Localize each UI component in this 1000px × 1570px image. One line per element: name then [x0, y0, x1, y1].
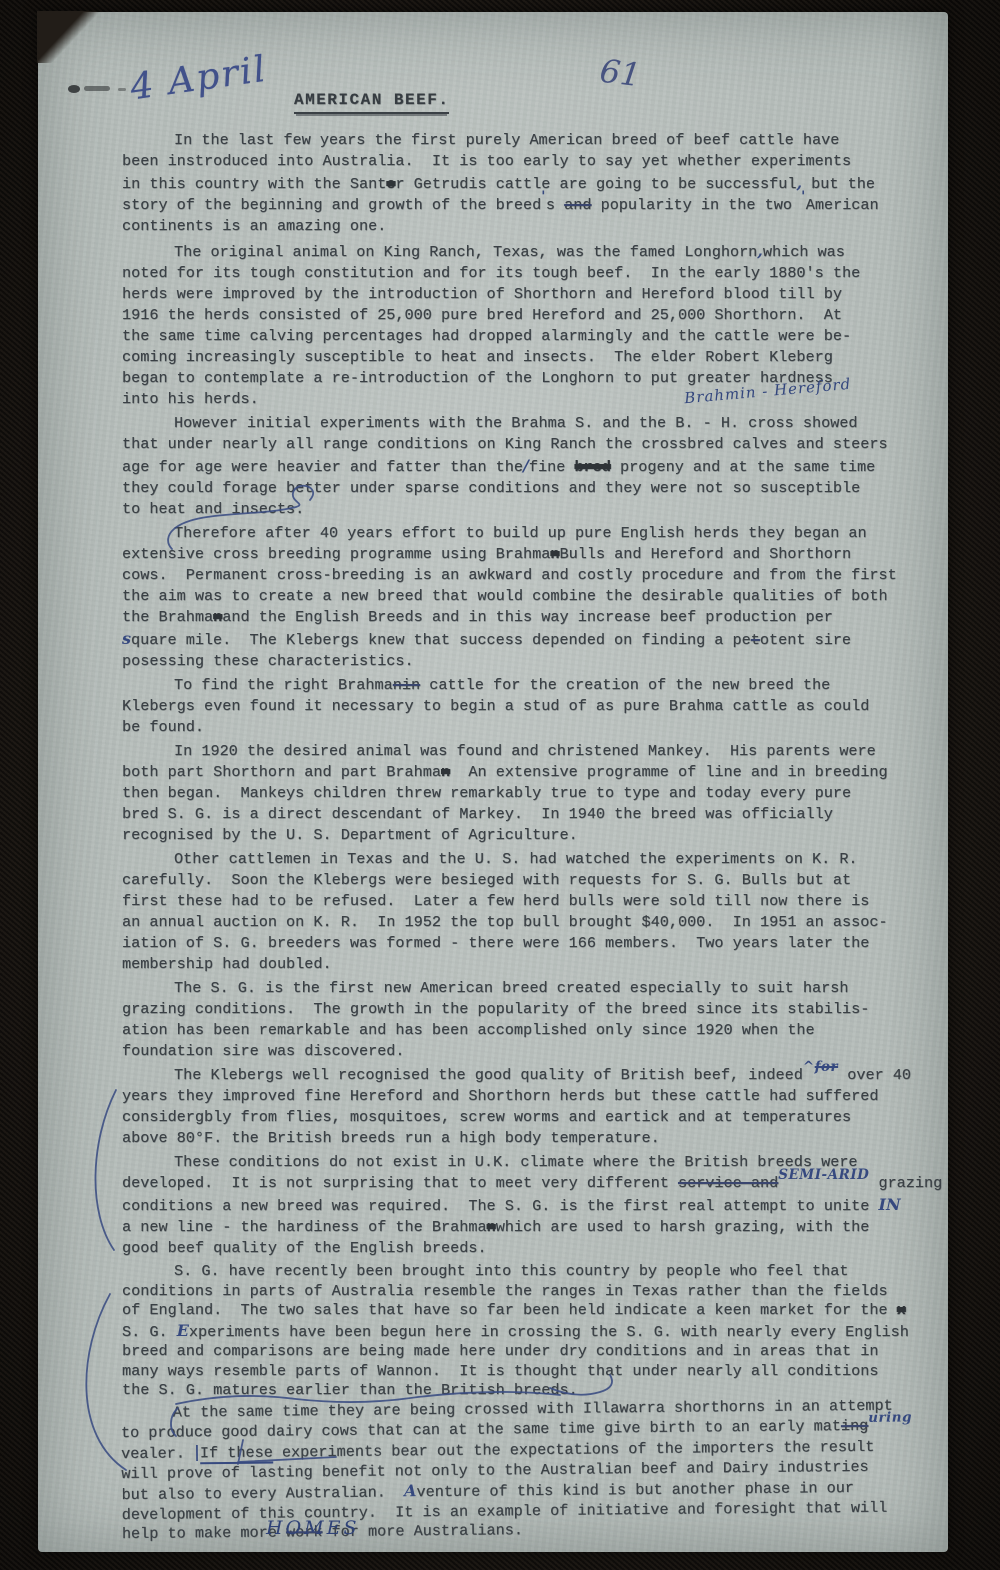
text-line: in this country with the Santer Getrudis… [122, 172, 954, 195]
handwritten-text: SEMI-ARID [778, 1167, 869, 1183]
typed-text: vealer. [121, 1444, 194, 1463]
typed-text: S. G. have recently been brought into th… [174, 1262, 848, 1280]
text-line: cows. Permanent cross-breeding is an awk… [122, 565, 954, 586]
typewritten-body: In the last few years the first purely A… [122, 130, 954, 1547]
paragraph: However initial experiments with the Bra… [122, 413, 954, 520]
text-line: age for age were heavier and fatter than… [122, 455, 954, 478]
typed-text: An extensive programme of line and in br… [450, 763, 887, 781]
typed-text: grazing [869, 1174, 942, 1192]
overtyped-text: x [897, 1301, 906, 1319]
overtyped-text: n [487, 1218, 496, 1236]
typed-text: foundation sire was discovered. [122, 1042, 405, 1060]
typed-text: r Getrudis cattle are going to be succes… [395, 175, 796, 193]
text-line: herds were improved by the introduction … [122, 284, 954, 305]
handwritten-text: A [404, 1481, 417, 1500]
typed-text: considergbly from flies, mosquitoes, scr… [122, 1108, 851, 1126]
text-line: good beef quality of the English breeds. [122, 1238, 954, 1259]
typed-text: venture of this kind is but another phas… [416, 1478, 854, 1500]
text-line: developed. It is not surprising that to … [122, 1173, 954, 1194]
text-line: considergbly from flies, mosquitoes, scr… [122, 1107, 954, 1128]
typed-text: In 1920 the desired animal was found and… [174, 742, 876, 760]
typed-text: of England. The two sales that have so f… [122, 1301, 897, 1319]
handwritten-text: ^ [803, 1059, 815, 1075]
typed-text: developed. It is not surprising that to … [122, 1174, 678, 1192]
text-line: then began. Mankeys children threw remar… [122, 783, 954, 804]
text-line: grazing conditions. The growth in the po… [122, 999, 954, 1020]
text-line: The S. G. is the first new American bree… [122, 978, 954, 999]
text-line: However initial experiments with the Bra… [122, 413, 954, 434]
text-line: posessing these characteristics. [122, 651, 954, 672]
text-line: To find the right Brahmanin cattle for t… [122, 675, 954, 696]
typed-text: S. G. [122, 1323, 177, 1341]
typed-text: otent sire [760, 631, 851, 649]
text-line: conditions in parts of Australia resembl… [122, 1282, 954, 1302]
paragraph: In the last few years the first purely A… [122, 130, 954, 237]
paragraph: The Klebergs well recognised the good qu… [122, 1065, 954, 1149]
text-line: The original animal on King Ranch, Texas… [122, 240, 954, 263]
typed-text: bred S. G. is a direct descendant of Mar… [122, 805, 833, 823]
typed-text: However initial experiments with the Bra… [174, 414, 858, 432]
document-paper: 4 April AMERICAN BEEF. 61 In the last fe… [38, 12, 948, 1552]
text-line: noted for its tough constitution and for… [122, 263, 954, 284]
text-line: of England. The two sales that have so f… [122, 1301, 954, 1321]
typed-text: the aim was to create a new breed that w… [122, 587, 888, 605]
handwritten-struck-text: for [815, 1059, 838, 1075]
paragraph: To find the right Brahmanin cattle for t… [122, 675, 954, 738]
ink-smudge [68, 85, 126, 93]
typed-text: a new line - the hardiness of the Brahma [122, 1218, 487, 1236]
typed-text: grazing conditions. The growth in the po… [122, 1000, 869, 1018]
typed-text: progeny and at the same time [611, 458, 875, 476]
typed-text: quare mile. The Klebergs knew that succe… [131, 631, 751, 649]
text-line: first these had to be refused. Later a f… [122, 891, 954, 912]
text-line: The Klebergs well recognised the good qu… [122, 1065, 954, 1086]
text-line: the same time calving percentages had dr… [122, 326, 954, 347]
typed-text: the Brahma [122, 608, 213, 626]
text-line: a new line - the hardiness of the Brahma… [122, 1217, 954, 1238]
typed-text: but also to every Australian. [121, 1483, 404, 1504]
typed-text: Klebergs even found it necessary to begi… [122, 697, 869, 715]
handwritten-date-annotation: 4 April [128, 51, 270, 108]
paragraph: The S. G. is the first new American bree… [122, 978, 954, 1062]
paragraph: These conditions do not exist in U.K. cl… [122, 1152, 954, 1259]
typed-text: xperiments have been begun here in cross… [189, 1323, 909, 1341]
typed-text: age for age were heavier and fatter than… [122, 458, 523, 476]
page-title: AMERICAN BEEF. [294, 90, 449, 114]
typed-text: an annual auction on K. R. In 1952 the t… [122, 913, 888, 931]
handwritten-text: IN [878, 1195, 900, 1214]
text-line: that under nearly all range conditions o… [122, 434, 954, 455]
text-line: above 80°F. the British breeds run a hig… [122, 1128, 954, 1149]
typed-text: cows. Permanent cross-breeding is an awk… [122, 566, 897, 584]
text-line: Therefore after 40 years effort to build… [122, 523, 954, 544]
typed-text: posessing these characteristics. [122, 652, 414, 670]
text-line: both part Shorthorn and part Brahman An … [122, 762, 954, 783]
photo-of-document: { "colors": { "paper": "#b5bcb9", "type_… [0, 0, 1000, 1570]
pen-underlined-text: If these [200, 1443, 273, 1464]
typed-text: conditions in parts of Australia resembl… [122, 1282, 888, 1300]
typed-text: noted for its tough constitution and for… [122, 264, 860, 282]
text-line: the aim was to create a new breed that w… [122, 586, 954, 607]
typed-text: many ways resemble parts of Wannon. It i… [122, 1362, 878, 1380]
text-line: Klebergs even found it necessary to begi… [122, 696, 954, 717]
text-line: breed and comparisons are being made her… [122, 1342, 954, 1362]
pen-struck-text: service and [678, 1174, 778, 1192]
paragraph: In 1920 the desired animal was found and… [122, 741, 954, 846]
typed-text: membership had doubled. [122, 955, 332, 973]
pen-brace-upper [95, 1090, 116, 1250]
text-line: coming increasingly susceptible to heat … [122, 347, 954, 368]
typed-text: story of the beginning and growth of the… [122, 196, 541, 214]
typed-text: These conditions do not exist in U.K. cl… [174, 1153, 858, 1171]
pen-struck-text: ing [841, 1416, 869, 1434]
text-line: years they improved fine Hereford and Sh… [122, 1086, 954, 1107]
typed-text: Therefore after 40 years effort to build… [174, 524, 867, 542]
text-line: be found. [122, 717, 954, 738]
overtyped-text: n [213, 608, 222, 626]
text-line: membership had doubled. [122, 954, 954, 975]
typed-text: Bulls and Hereford and Shorthorn [559, 545, 851, 563]
paragraph: S. G. have recently been brought into th… [122, 1262, 954, 1401]
text-line: iation of S. G. breeders was formed - th… [122, 933, 954, 954]
typed-text: The S. G. is the first new American bree… [174, 979, 848, 997]
typed-text: breed and comparisons are being made her… [122, 1342, 878, 1360]
typed-text: they could forage better under sparse co… [122, 479, 860, 497]
typed-text: iation of S. G. breeders was formed - th… [122, 934, 869, 952]
text-line: In the last few years the first purely A… [122, 130, 954, 151]
typed-text: above 80°F. the British breeds run a hig… [122, 1129, 660, 1147]
overtyped-text: bred [574, 458, 610, 476]
text-line: to heat and insects. [122, 499, 954, 520]
pen-struck-text: nin [393, 676, 420, 694]
typed-text: continents is an amazing one. [122, 217, 386, 235]
paragraph: Therefore after 40 years effort to build… [122, 523, 954, 672]
text-line: bred S. G. is a direct descendant of Mar… [122, 804, 954, 825]
paragraph: Other cattlemen in Texas and the U. S. h… [122, 849, 954, 975]
typed-text: first these had to be refused. Later a f… [122, 892, 869, 910]
typed-text: American [806, 196, 879, 214]
typed-text: over 40 [838, 1066, 911, 1084]
typed-text: coming increasingly susceptible to heat … [122, 348, 833, 366]
typed-text: then began. Mankeys children threw remar… [122, 784, 851, 802]
typed-text: years they improved fine Hereford and Sh… [122, 1087, 878, 1105]
handwritten-text: ' [801, 189, 806, 205]
typed-text: s [546, 196, 564, 214]
text-line: S. G. Experiments have been begun here i… [122, 1321, 954, 1343]
pen-struck-text: t [751, 631, 760, 649]
typed-text: popularity in the two [591, 196, 801, 214]
text-line: ation has been remarkable and has been a… [122, 1020, 954, 1041]
text-line: conditions a new breed was required. The… [122, 1194, 954, 1217]
text-line: been instroduced into Australia. It is t… [122, 151, 954, 172]
typed-text: and the English Breeds and in this way i… [222, 608, 833, 626]
text-line: extensive cross breeding programme using… [122, 544, 954, 565]
pen-struck-text: and [564, 196, 591, 214]
text-line: In 1920 the desired animal was found and… [122, 741, 954, 762]
text-line: many ways resemble parts of Wannon. It i… [122, 1362, 954, 1382]
typed-text: to heat and insects. [122, 500, 304, 518]
typed-text: The Klebergs well recognised the good qu… [174, 1066, 803, 1084]
text-line: carefully. Soon the Klebergs were besieg… [122, 870, 954, 891]
handwritten-text: E [177, 1321, 189, 1340]
typed-text: To find the right Brahma [174, 676, 393, 694]
typed-text: be found. [122, 718, 204, 736]
typed-text: Other cattlemen in Texas and the U. S. h… [174, 850, 858, 868]
typed-text: into his herds. [122, 390, 259, 408]
typed-text: the S. G. matures earlier than the Briti… [122, 1381, 578, 1399]
typed-text: help to make more [122, 1523, 286, 1543]
typed-text: In the last few years the first purely A… [174, 131, 839, 149]
text-line: Other cattlemen in Texas and the U. S. h… [122, 849, 954, 870]
text-line: continents is an amazing one. [122, 216, 954, 237]
typed-text: that under nearly all range conditions o… [122, 435, 888, 453]
text-line: 1916 the herds consisted of 25,000 pure … [122, 305, 954, 326]
typed-text: been instroduced into Australia. It is t… [122, 152, 851, 170]
typed-text: in this country with the Sant [122, 175, 386, 193]
text-line: an annual auction on K. R. In 1952 the t… [122, 912, 954, 933]
typed-text: conditions a new breed was required. The… [122, 1197, 878, 1215]
typed-text: both part Shorthorn and part Brahma [122, 763, 441, 781]
margin-note-homes: HOMES [266, 1518, 360, 1538]
typed-text: carefully. Soon the Klebergs were besieg… [122, 871, 851, 889]
paragraph: At the same time they are being crossed … [121, 1396, 954, 1544]
text-line: S. G. have recently been brought into th… [122, 1262, 954, 1282]
typed-text: which are used to harsh grazing, with th… [496, 1218, 870, 1236]
typed-text: which was [763, 243, 845, 261]
typed-text: but the [802, 175, 875, 193]
typed-text: extensive cross breeding programme using… [122, 545, 550, 563]
handwritten-text: uring [868, 1408, 912, 1424]
text-line: they could forage better under sparse co… [122, 478, 954, 499]
typed-text: the same time calving percentages had dr… [122, 327, 851, 345]
typed-text: recognised by the U. S. Department of Ag… [122, 826, 578, 844]
handwritten-text: ' [541, 189, 546, 205]
text-line: story of the beginning and growth of the… [122, 195, 954, 216]
typed-text: began to contemplate a re-introduction o… [122, 369, 833, 387]
text-line: recognised by the U. S. Department of Ag… [122, 825, 954, 846]
typed-text: cattle for the creation of the new breed… [420, 676, 830, 694]
text-line: the Brahmanand the English Breeds and in… [122, 607, 954, 628]
handwritten-page-number: 61 [598, 54, 643, 93]
handwritten-text: s [122, 629, 131, 648]
typed-text: fine [529, 458, 575, 476]
text-line: square mile. The Klebergs knew that succ… [122, 628, 954, 651]
typed-text: 1916 the herds consisted of 25,000 pure … [122, 306, 842, 324]
typed-text: The original animal on King Ranch, Texas… [174, 243, 757, 261]
typed-text: herds were improved by the introduction … [122, 285, 842, 303]
typed-text: ation has been remarkable and has been a… [122, 1021, 815, 1039]
overtyped-text: n [441, 763, 450, 781]
typed-text: good beef quality of the English breeds. [122, 1239, 487, 1257]
